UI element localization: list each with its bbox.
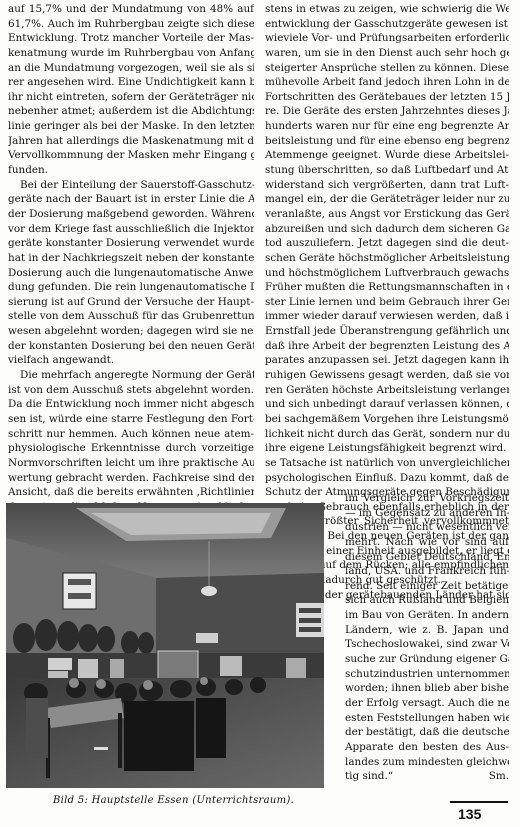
text-line: immer wieder darauf verwiesen werden, da… — [265, 309, 509, 324]
closing-quote-line: tig sind.“ — [345, 770, 393, 782]
text-line: Ernstfall jede Überanstrengung gefährlic… — [265, 324, 509, 339]
text-line: widerstand sich vergrößerten, dann trat … — [265, 178, 509, 193]
text-line: ihre eigene Leistungsfähigkeit begrenzt … — [265, 441, 509, 456]
text-line: tig sind.“Sm. — [345, 769, 509, 784]
text-line: Apparate den besten des Aus- — [345, 740, 509, 755]
text-line: land, USA. und Frankreich füh- — [345, 564, 509, 579]
text-line: beitsleistung und für eine ebenso eng be… — [265, 134, 509, 149]
author-signature: Sm. — [489, 769, 509, 784]
classroom-photo — [6, 503, 324, 788]
text-line: daß ihre Arbeit der begrenzten Leistung … — [265, 339, 509, 354]
text-line: und höchstmöglichem Luftverbrauch gewach… — [265, 266, 509, 281]
text-line: landes zum mindesten gleichwer- — [345, 755, 509, 770]
text-line: sich auch Rußland und Belgien — [345, 593, 509, 608]
classroom-photo-image — [6, 503, 324, 788]
text-line: sen ist, würde eine starre Festlegung de… — [8, 412, 254, 427]
text-line: kenatmung wurde im Ruhrbergbau von Anfan… — [8, 46, 254, 61]
text-line: Vervollkommnung der Masken mehr Eingang … — [8, 148, 254, 163]
text-line: Jahren hat allerdings die Maskenatmung m… — [8, 134, 254, 149]
text-line: sierung ist auf Grund der Versuche der H… — [8, 295, 254, 310]
text-line: im Vergleich zur Vorkriegszeit — [345, 491, 509, 506]
text-line: diesem Gebiet Deutschland, Eng- — [345, 550, 509, 565]
text-line: ist von dem Ausschuß stets abgelehnt wor… — [8, 383, 254, 398]
text-line: ren Geräten höchste Arbeitsleistung verl… — [265, 383, 509, 398]
text-line: Früher mußten die Rettungsmannschaften i… — [265, 280, 509, 295]
text-line: wieviele Vor- und Prüfungsarbeiten erfor… — [265, 31, 509, 46]
text-line: 61,7%. Auch im Ruhrbergbau zeigte sich d… — [8, 17, 254, 32]
text-line: parates anzupassen sei. Jetzt dagegen ka… — [265, 353, 509, 368]
text-line: dung gefunden. Die rein lungenautomatisc… — [8, 280, 254, 295]
text-line: schen Geräte höchstmöglicher Arbeitsleis… — [265, 251, 509, 266]
text-line: entwicklung der Gasschutzgeräte gewesen … — [265, 17, 509, 32]
text-line: lichkeit nicht durch das Gerät, sondern … — [265, 427, 509, 442]
text-line: — im Gegensatz zu anderen In- — [345, 506, 509, 521]
text-line: der Erfolg versagt. Auch die neu- — [345, 696, 509, 711]
figure-caption: Bild 5: Hauptstelle Essen (Unterrichtsra… — [53, 795, 294, 806]
text-line: Tschechoslowakei, sind zwar Ver- — [345, 637, 509, 652]
text-line: funden. — [8, 163, 254, 178]
text-line: mangel ein, der die Geräteträger leider … — [265, 192, 509, 207]
text-line: und sich unbedingt darauf verlassen könn… — [265, 397, 509, 412]
text-line: wesen abgelehnt worden; dagegen wird sie… — [8, 324, 254, 339]
text-line: schutzindustrien unternommen — [345, 667, 509, 682]
text-line: auf 15,7% und der Mundatmung von 48% auf — [8, 2, 254, 17]
text-line: dustrien — nicht wesentlich ver- — [345, 520, 509, 535]
text-line: der bestätigt, daß die deutschen — [345, 725, 509, 740]
text-line: im Bau von Geräten. In andern — [345, 608, 509, 623]
text-line: suche zur Gründung eigener Gas- — [345, 652, 509, 667]
text-line: ster Linie lernen und beim Gebrauch ihre… — [265, 295, 509, 310]
text-line: steigerter Ansprüche stellen zu können. … — [265, 61, 509, 76]
text-line: geräte nach der Bauart ist in erster Lin… — [8, 192, 254, 207]
text-line: physiologische Erkenntnisse durch vorzei… — [8, 441, 254, 456]
text-line: der Dosierung maßgebend geworden. Währen… — [8, 207, 254, 222]
text-line: stens in etwas zu zeigen, wie schwierig … — [265, 2, 509, 17]
text-line: Da die Entwicklung noch immer nicht abge… — [8, 397, 254, 412]
text-line: schritt nur hemmen. Auch können neue ate… — [8, 427, 254, 442]
text-line: se Tatsache ist natürlich von unvergleic… — [265, 456, 509, 471]
text-line: Dosierung auch die lungenautomatische An… — [8, 266, 254, 281]
text-line: vielfach angewandt. — [8, 353, 254, 368]
text-line: mehrt. Nach wie vor sind auf — [345, 535, 509, 550]
text-line: Fortschritten des Gerätebaues der letzte… — [265, 90, 509, 105]
text-line: tod auszuliefern. Jetzt dagegen sind die… — [265, 236, 509, 251]
text-line: vor dem Kriege fast ausschließlich die I… — [8, 222, 254, 237]
text-line: veranlaßte, aus Angst vor Erstickung das… — [265, 207, 509, 222]
text-line: Normvorschriften leicht um ihre praktisc… — [8, 456, 254, 471]
text-line: rer angesehen wird. Eine Undichtigkeit k… — [8, 75, 254, 90]
text-line: der konstanten Dosierung bei den neuen G… — [8, 339, 254, 354]
text-line: Ansicht, daß die bereits erwähnten ‚Rich… — [8, 485, 254, 500]
text-line: ruhigen Gewissens gesagt werden, daß sie… — [265, 368, 509, 383]
text-line: psychologischen Einfluß. Dazu kommt, daß… — [265, 471, 509, 486]
text-line: esten Feststellungen haben wie- — [345, 711, 509, 726]
text-line: Bei der Einteilung der Sauerstoff-Gassch… — [8, 178, 254, 193]
text-line: bei sachgemäßem Vorgehen ihre Leistungsm… — [265, 412, 509, 427]
text-line: Ländern, wie z. B. Japan und — [345, 623, 509, 638]
text-line: wertung gebracht werden. Fachkreise sind… — [8, 471, 254, 486]
text-line: stelle von dem Ausschuß für das Grubenre… — [8, 309, 254, 324]
text-line: Entwicklung. Trotz mancher Vorteile der … — [8, 31, 254, 46]
text-line: rend. Seit einiger Zeit betätigen — [345, 579, 509, 594]
text-line: ihr nicht eintreten, sofern der Gerätetr… — [8, 90, 254, 105]
text-line: an die Mundatmung vorgezogen, weil sie a… — [8, 61, 254, 76]
text-line: mühevolle Arbeit fand jedoch ihren Lohn … — [265, 75, 509, 90]
text-line: Die mehrfach angeregte Normung der Gerät… — [8, 368, 254, 383]
text-line: stung überschritten, so daß Luftbedarf u… — [265, 163, 509, 178]
text-line: waren, um sie in den Dienst auch sehr ho… — [265, 46, 509, 61]
page-number: 135 — [458, 806, 481, 822]
text-line: Atemmenge geeignet. Wurde diese Arbeitsl… — [265, 148, 509, 163]
text-line: hat in der Nachkriegszeit neben der kons… — [8, 251, 254, 266]
text-line: re. Die Geräte des ersten Jahrzehntes di… — [265, 104, 509, 119]
text-line: linie geringer als bei der Maske. In den… — [8, 119, 254, 134]
text-line: hunderts waren nur für eine eng begrenzt… — [265, 119, 509, 134]
page-number-rule — [450, 801, 508, 803]
text-line: nebenher atmet; außerdem ist die Abdicht… — [8, 104, 254, 119]
text-line: geräte konstanter Dosierung verwendet wu… — [8, 236, 254, 251]
text-line: abzureißen und sich dadurch dem sicheren… — [265, 222, 509, 237]
right-narrow-text-column: im Vergleich zur Vorkriegszeit— im Gegen… — [345, 491, 509, 784]
text-line: worden; ihnen blieb aber bisher — [345, 681, 509, 696]
